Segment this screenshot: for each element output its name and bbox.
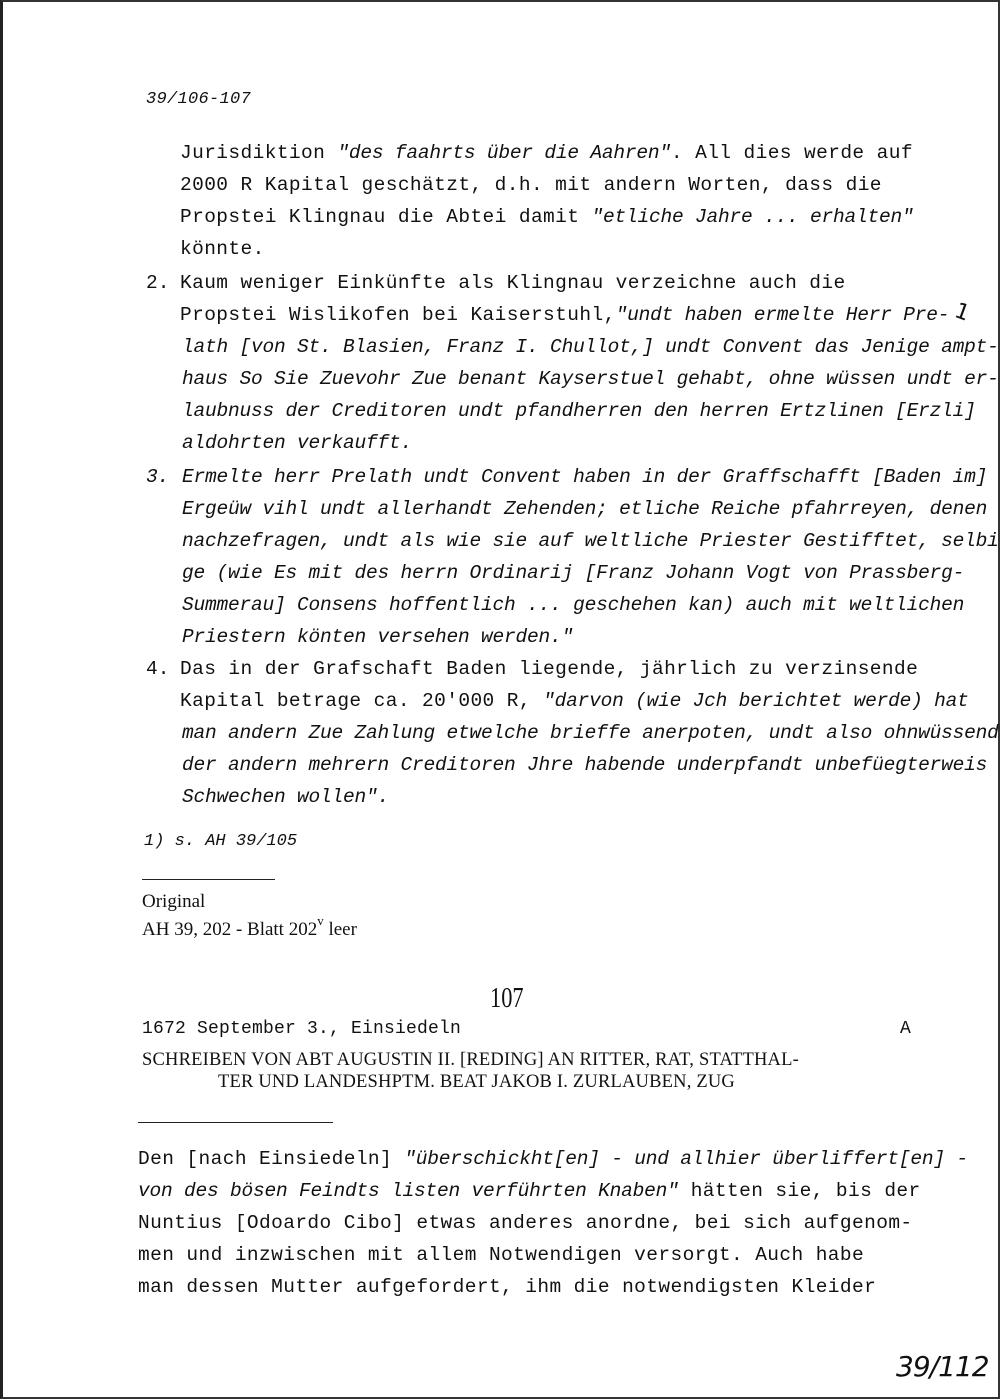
original-reference: AH 39, 202 - Blatt 202v leer xyxy=(142,913,357,941)
item-2-line5: laubnuss der Creditoren undt pfandherren… xyxy=(182,400,976,422)
item-3-line1: Ermelte herr Prelath undt Convent haben … xyxy=(182,466,987,488)
source-marker: A xyxy=(900,1019,911,1039)
original-label: Original xyxy=(142,891,205,913)
item-2-line2: Propstei Wislikofen bei Kaiserstuhl,"und… xyxy=(180,304,949,326)
item-2-line4: haus So Sie Zuevohr Zue benant Kayserstu… xyxy=(182,368,999,390)
divider-rule-2 xyxy=(138,1122,333,1123)
item-4-line5: Schwechen wollen". xyxy=(182,786,389,808)
item-2-line1: Kaum weniger Einkünfte als Klingnau verz… xyxy=(180,272,846,294)
item-2-line6: aldohrten verkaufft. xyxy=(182,432,412,454)
item-3-line6: Priestern könten versehen werden." xyxy=(182,626,573,648)
item-3-line3: nachzefragen, undt als wie sie auf weltl… xyxy=(182,530,1000,552)
item-3-line5: Summerau] Consens hoffentlich ... gesche… xyxy=(182,594,964,616)
document-title-line1: SCHREIBEN VON ABT AUGUSTIN II. [REDING] … xyxy=(142,1050,799,1071)
item-4-line4: der andern mehrern Creditoren Jhre haben… xyxy=(182,754,987,776)
item-4-line2: Kapital betrage ca. 20'000 R, "darvon (w… xyxy=(180,690,969,712)
body-line1: Den [nach Einsiedeln] "überschickht[en] … xyxy=(138,1148,968,1170)
item-3-number: 3. xyxy=(146,466,169,488)
item-3-line4: ge (wie Es mit des herrn Ordinarij [Fran… xyxy=(182,562,964,584)
body-line2: von des bösen Feindts listen verführten … xyxy=(138,1180,921,1202)
body-line5: man dessen Mutter aufgefordert, ihm die … xyxy=(138,1276,876,1298)
document-title-line2: TER UND LANDESHPTM. BEAT JAKOB I. ZURLAU… xyxy=(218,1072,735,1093)
para1-line1: Jurisdiktion "des faahrts über die Aahre… xyxy=(180,142,913,164)
page-reference: 39/106-107 xyxy=(146,90,251,109)
item-4-line1: Das in der Grafschaft Baden liegende, jä… xyxy=(180,658,918,680)
document-number: 107 xyxy=(490,983,524,1015)
divider-rule xyxy=(142,879,275,880)
item-4-number: 4. xyxy=(146,658,169,680)
body-line3: Nuntius [Odoardo Cibo] etwas anderes ano… xyxy=(138,1212,913,1234)
para1-line3: Propstei Klingnau die Abtei damit "etlic… xyxy=(180,206,914,228)
handwritten-page-number: 39/112 xyxy=(896,1350,989,1383)
para1-line4: könnte. xyxy=(180,238,265,260)
para1-line2: 2000 R Kapital geschätzt, d.h. mit ander… xyxy=(180,174,882,196)
item-4-line3: man andern Zue Zahlung etwelche brieffe … xyxy=(182,722,1000,744)
footnote: 1) s. AH 39/105 xyxy=(144,832,297,851)
date-place: 1672 September 3., Einsiedeln xyxy=(142,1019,461,1039)
item-2-line3: lath [von St. Blasien, Franz I. Chullot,… xyxy=(182,336,999,358)
body-line4: men und inzwischen mit allem Notwendigen… xyxy=(138,1244,864,1266)
item-3-line2: Ergeüw vihl undt allerhandt Zehenden; et… xyxy=(182,498,987,520)
item-2-number: 2. xyxy=(146,272,169,294)
